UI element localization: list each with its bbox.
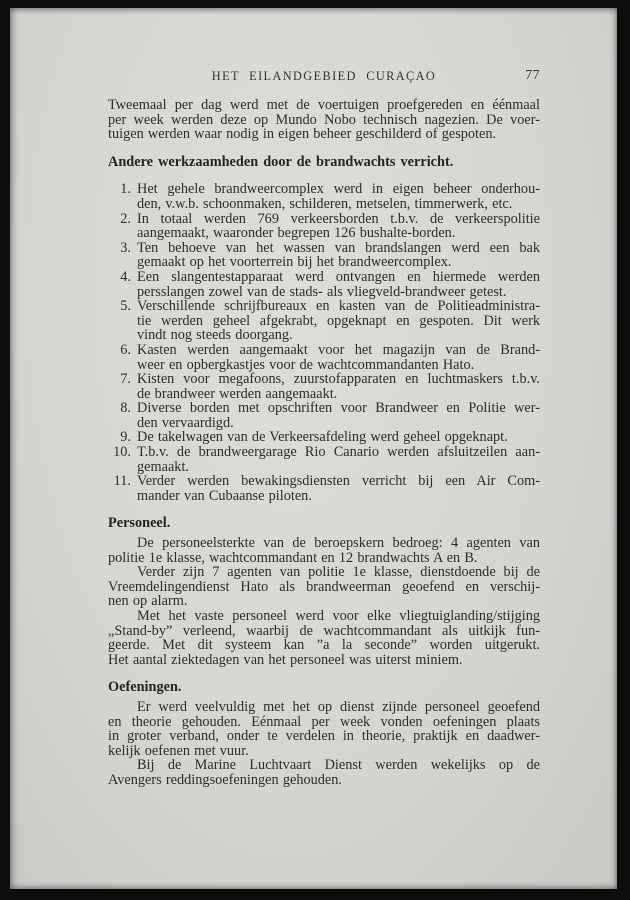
text-line: Tweemaal per dag werd met de voertuigen …: [108, 98, 540, 113]
text-line: den, v.w.b. schoonmaken, schilderen, met…: [137, 197, 540, 212]
text-line: Verschillende schrijfbureaux en kasten v…: [137, 299, 540, 314]
text-line: kelijk oefenen met vuur.: [108, 744, 540, 759]
text-line: in groter verband, onder te verdelen in …: [108, 729, 540, 744]
text-line: Kisten voor megafoons, zuurstofapparaten…: [137, 372, 540, 387]
text-line: geerde. Met dit systeem kan ”a la second…: [108, 638, 540, 653]
item-text: T.b.v. de brandweergarage Rio Canario we…: [137, 445, 540, 474]
item-text: Kasten werden aangemaakt voor het magazi…: [137, 343, 540, 372]
text-column: HET EILANDGEBIED CURAÇAO 77 Tweemaal per…: [108, 8, 540, 788]
page: HET EILANDGEBIED CURAÇAO 77 Tweemaal per…: [10, 8, 617, 889]
text-line: tuigen werden waar nodig in eigen beheer…: [108, 127, 540, 142]
list-item: 11.Verder werden bewakingsdiensten verri…: [108, 474, 540, 503]
section-heading: Oefeningen.: [108, 680, 540, 695]
item-number: 4.: [108, 270, 131, 285]
text-line: Een slangentestapparaat werd ontvangen e…: [137, 270, 540, 285]
paragraph: Er werd veelvuldig met het op dienst zij…: [108, 700, 540, 758]
text-line: weer en opbergkastjes voor de wachtcomma…: [137, 358, 540, 373]
list-item: 3.Ten behoeve van het wassen van brandsl…: [108, 241, 540, 270]
list-item: 1.Het gehele brandweercomplex werd in ei…: [108, 182, 540, 211]
text-line: Met het vaste personeel werd voor elke v…: [108, 609, 540, 624]
item-number: 2.: [108, 212, 131, 227]
item-text: Verschillende schrijfbureaux en kasten v…: [137, 299, 540, 343]
text-line: T.b.v. de brandweergarage Rio Canario we…: [137, 445, 540, 460]
text-line: Verder werden bewakingsdiensten verricht…: [137, 474, 540, 489]
list-item: 4.Een slangentestapparaat werd ontvangen…: [108, 270, 540, 299]
paragraph: Met het vaste personeel werd voor elke v…: [108, 609, 540, 667]
text-line: gemaakt op het voorterrein bij het brand…: [137, 255, 540, 270]
page-number: 77: [525, 68, 540, 83]
running-header: HET EILANDGEBIED CURAÇAO 77: [108, 69, 540, 85]
text-line: de brandweer werden aangemaakt.: [137, 387, 540, 402]
text-line: Kasten werden aangemaakt voor het magazi…: [137, 343, 540, 358]
item-number: 7.: [108, 372, 131, 387]
paragraph: De personeelsterkte van de beroepskern b…: [108, 536, 540, 565]
paragraph: Bij de Marine Luchtvaart Dienst werden w…: [108, 758, 540, 787]
text-line: Het gehele brandweercomplex werd in eige…: [137, 182, 540, 197]
text-line: gemaakt.: [137, 460, 540, 475]
item-text: Verder werden bewakingsdiensten verricht…: [137, 474, 540, 503]
text-line: politie 1e klasse, wachtcommandant en 12…: [108, 551, 540, 566]
paragraph: Tweemaal per dag werd met de voertuigen …: [108, 98, 540, 142]
text-line: tie werden geheel afgekrabt, opgeknapt e…: [137, 314, 540, 329]
page-title: HET EILANDGEBIED CURAÇAO: [212, 69, 436, 83]
item-text: In totaal werden 769 verkeersborden t.b.…: [137, 212, 540, 241]
text-line: Bij de Marine Luchtvaart Dienst werden w…: [108, 758, 540, 773]
text-line: Ten behoeve van het wassen van brandslan…: [137, 241, 540, 256]
text-line: Vreemdelingendienst Hato als brandweerma…: [108, 580, 540, 595]
text-line: In totaal werden 769 verkeersborden t.b.…: [137, 212, 540, 227]
item-number: 10.: [108, 445, 131, 460]
text-line: en theorie gehouden. Eénmaal per week vo…: [108, 715, 540, 730]
list-item: 5.Verschillende schrijfbureaux en kasten…: [108, 299, 540, 343]
list-item: 8.Diverse borden met opschriften voor Br…: [108, 401, 540, 430]
item-text: Kisten voor megafoons, zuurstofapparaten…: [137, 372, 540, 401]
item-number: 6.: [108, 343, 131, 358]
item-text: Diverse borden met opschriften voor Bran…: [137, 401, 540, 430]
item-text: Een slangentestapparaat werd ontvangen e…: [137, 270, 540, 299]
list-item: 9.De takelwagen van de Verkeersafdeling …: [108, 430, 540, 445]
paragraph: Verder zijn 7 agenten van politie 1e kla…: [108, 565, 540, 609]
text-line: De personeelsterkte van de beroepskern b…: [108, 536, 540, 551]
item-text: De takelwagen van de Verkeersafdeling we…: [137, 430, 540, 445]
text-line: Er werd veelvuldig met het op dienst zij…: [108, 700, 540, 715]
item-number: 1.: [108, 182, 131, 197]
item-number: 9.: [108, 430, 131, 445]
text-line: „Stand-by” verleend, waarbij de wachtcom…: [108, 624, 540, 639]
text-line: Het aantal ziektedagen van het personeel…: [108, 653, 540, 668]
item-number: 3.: [108, 241, 131, 256]
page-body: Tweemaal per dag werd met de voertuigen …: [108, 98, 540, 788]
text-line: mander van Cubaanse piloten.: [137, 489, 540, 504]
text-line: Diverse borden met opschriften voor Bran…: [137, 401, 540, 416]
section-heading: Personeel.: [108, 516, 540, 531]
item-number: 8.: [108, 401, 131, 416]
text-line: nen op alarm.: [108, 594, 540, 609]
text-line: De takelwagen van de Verkeersafdeling we…: [137, 430, 540, 445]
item-number: 5.: [108, 299, 131, 314]
item-text: Het gehele brandweercomplex werd in eige…: [137, 182, 540, 211]
list-item: 7.Kisten voor megafoons, zuurstofapparat…: [108, 372, 540, 401]
list-item: 6.Kasten werden aangemaakt voor het maga…: [108, 343, 540, 372]
item-text: Ten behoeve van het wassen van brandslan…: [137, 241, 540, 270]
text-line: den vervaardigd.: [137, 416, 540, 431]
text-line: vindt nog steeds doorgang.: [137, 328, 540, 343]
text-line: Avengers reddingsoefeningen gehouden.: [108, 773, 540, 788]
text-line: aangemaakt, waaronder begrepen 126 busha…: [137, 226, 540, 241]
text-line: Verder zijn 7 agenten van politie 1e kla…: [108, 565, 540, 580]
scan-background: { "colors":{ "background":"#0d0d0d", "pa…: [0, 0, 630, 900]
numbered-list: 1.Het gehele brandweercomplex werd in ei…: [108, 182, 540, 503]
text-line: per week werden deze op Mundo Nobo techn…: [108, 113, 540, 128]
text-line: persslangen zowel van de stads- als vlie…: [137, 285, 540, 300]
item-number: 11.: [108, 474, 131, 489]
list-item: 2.In totaal werden 769 verkeersborden t.…: [108, 212, 540, 241]
section-heading: Andere werkzaamheden door de brandwachts…: [108, 155, 540, 170]
list-item: 10.T.b.v. de brandweergarage Rio Canario…: [108, 445, 540, 474]
